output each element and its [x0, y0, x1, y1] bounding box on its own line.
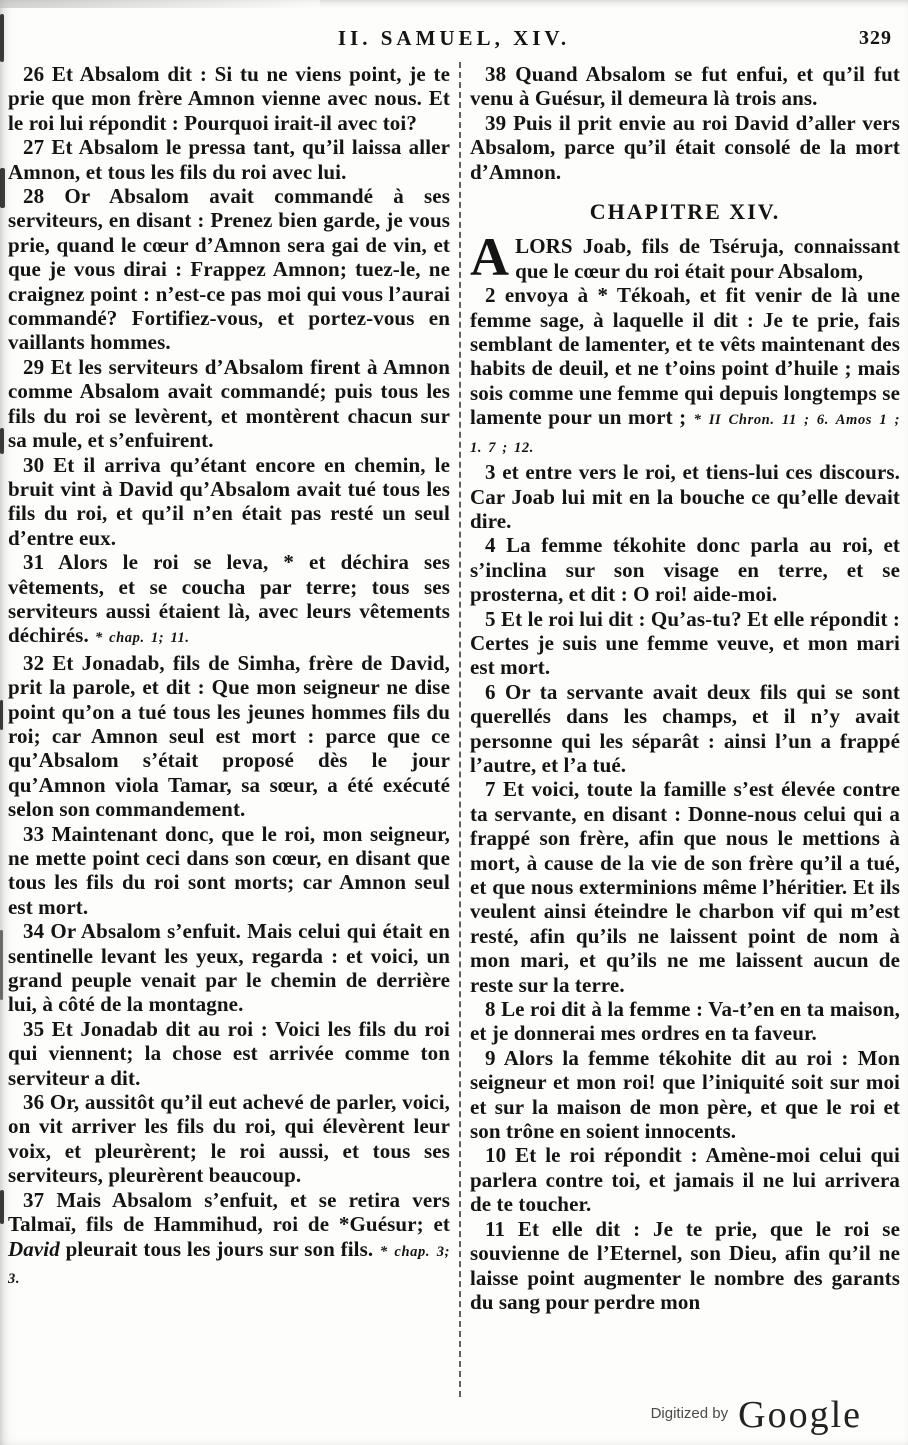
verse-number: 3: [485, 460, 502, 484]
verse-29: 29 Et les serviteurs d’Absalom firent à …: [8, 355, 450, 453]
verse-7: 7 Et voici, toute la famille s’est élevé…: [470, 777, 900, 997]
verse-11: 11 Et elle dit : Je te prie, que le roi …: [470, 1217, 900, 1315]
verse-34: 34 Or Absalom s’enfuit. Mais celui qui é…: [8, 919, 450, 1017]
digitization-footer: Digitized by Google: [651, 1393, 862, 1437]
verse-number: 9: [485, 1046, 504, 1070]
dropcap-initial: A: [470, 234, 515, 278]
verse-26: 26 Et Absalom dit : Si tu ne viens point…: [8, 62, 450, 135]
scan-edge-mark: [0, 428, 4, 454]
verse-number: 29: [23, 355, 51, 379]
verse-32: 32 Et Jonadab, fils de Simha, frère de D…: [8, 651, 450, 822]
running-title: II. SAMUEL, XIV.: [338, 26, 570, 50]
verse-number: 39: [485, 111, 513, 135]
verse-number: 27: [23, 135, 51, 159]
italic-word: David: [8, 1237, 60, 1261]
scan-edge-mark: [0, 168, 5, 208]
cross-reference: * chap. 1; 11.: [89, 630, 190, 646]
verse-28: 28 Or Absalom avait commandé à ses servi…: [8, 184, 450, 355]
google-logo: Google: [738, 1393, 862, 1437]
verse-6: 6 Or ta servante avait deux fils qui se …: [470, 680, 900, 778]
verse-3: 3 et entre vers le roi, et tiens-lui ces…: [470, 460, 900, 533]
verse-number: 31: [23, 550, 58, 574]
verse-4: 4 La femme tékohite donc parla au roi, e…: [470, 533, 900, 606]
verse-number: 37: [23, 1188, 56, 1212]
verse-number: 5: [485, 607, 501, 631]
verse-number: 36: [23, 1090, 50, 1114]
page-number: 329: [859, 27, 892, 50]
verse-number: 6: [485, 680, 505, 704]
verse-number: 28: [23, 184, 64, 208]
scan-edge-mark: [0, 700, 3, 730]
verse-paragraph: ALORS Joab, fils de Tséruja, connaissant…: [470, 234, 900, 283]
scan-edge-mark: [0, 930, 3, 1000]
verse-number: 10: [485, 1143, 515, 1167]
verse-5: 5 Et le roi lui dit : Qu’as-tu? Et elle …: [470, 607, 900, 680]
right-text-column: 38 Quand Absalom se fut enfui, et qu’il …: [470, 62, 900, 1314]
verse-30: 30 Et il arriva qu’étant encore en chemi…: [8, 453, 450, 551]
verse-number: 30: [23, 453, 53, 477]
verse-37: 37 Mais Absalom s’enfuit, et se retira v…: [8, 1188, 450, 1292]
column-divider-rule: [459, 62, 461, 1397]
verse-8: 8 Le roi dit à la femme : Va-t’en en ta …: [470, 997, 900, 1046]
verse-number: 35: [23, 1017, 52, 1041]
scan-smudge: [0, 0, 320, 8]
verse-27: 27 Et Absalom le pressa tant, qu’il lais…: [8, 135, 450, 184]
running-head: II. SAMUEL, XIV.: [0, 26, 908, 51]
verse-39: 39 Puis il prit envie au roi David d’all…: [470, 111, 900, 184]
verse-number: 32: [23, 651, 52, 675]
chapter-heading: CHAPITRE XIV.: [470, 200, 900, 224]
verse-number: 4: [485, 533, 506, 557]
verse-36: 36 Or, aussitôt qu’il eut achevé de parl…: [8, 1090, 450, 1188]
verse-38: 38 Quand Absalom se fut enfui, et qu’il …: [470, 62, 900, 111]
digitized-by-label: Digitized by: [651, 1405, 729, 1426]
cross-reference: * chap. 3; 3.: [8, 1244, 450, 1287]
scan-edge-mark: [0, 1190, 4, 1224]
verse-number: 2: [485, 283, 505, 307]
verse-number: 34: [23, 919, 50, 943]
verse-10: 10 Et le roi répondit : Amène-moi celui …: [470, 1143, 900, 1216]
verse-9: 9 Alors la femme tékohite dit au roi : M…: [470, 1046, 900, 1144]
verse-number: 8: [485, 997, 501, 1021]
verse-31: 31 Alors le roi se leva, * et déchira se…: [8, 550, 450, 651]
verse-33: 33 Maintenant donc, que le roi, mon seig…: [8, 822, 450, 920]
verse-number: 7: [485, 777, 503, 801]
left-text-column: 26 Et Absalom dit : Si tu ne viens point…: [8, 62, 450, 1291]
verse-2: 2 envoya à * Tékoah, et fit venir de là …: [470, 283, 900, 460]
verse-number: 26: [23, 62, 52, 86]
verse-number: 38: [485, 62, 515, 86]
verse-35: 35 Et Jonadab dit au roi : Voici les fil…: [8, 1017, 450, 1090]
scanned-book-page: II. SAMUEL, XIV. 329 26 Et Absalom dit :…: [0, 0, 908, 1445]
verse-number: 11: [485, 1217, 518, 1241]
cross-reference: * II Chron. 11 ; 6. Amos 1 ; 1. 7 ; 12.: [470, 412, 900, 455]
verse-number: 33: [23, 822, 52, 846]
